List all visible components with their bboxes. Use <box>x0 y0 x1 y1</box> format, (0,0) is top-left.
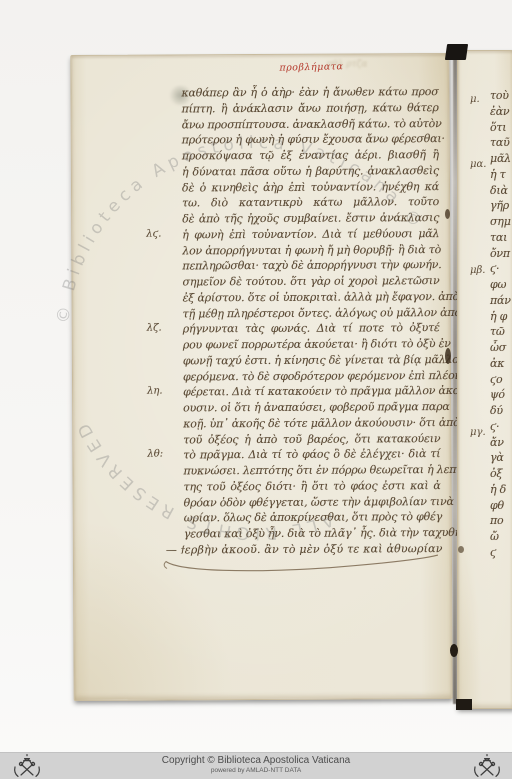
manuscript-text-line: ὀξ <box>490 466 512 482</box>
manuscript-text-line: ρου φωνεῖ πορρωτέρα ἀκούεται· ἢ διότι τὸ… <box>183 336 440 353</box>
manuscript-text-line: ἄν <box>490 435 512 451</box>
manuscript-text-line: γεσθαι καὶ ὀξὺ ἦν. διὰ τὸ πλᾶγ᾽ ἦς. διὰ … <box>184 525 441 542</box>
text-block: καθάπερ ἂν ἦ ὁ ἀὴρ· ἐὰν ἡ ἄνωθεν κάτω πρ… <box>181 84 440 558</box>
manuscript-text-line: φω <box>490 277 512 293</box>
manuscript-text-line: ἄνω προσπίπτουσα. ἀνακλασθῆ κάτω. τὸ αὐτ… <box>182 116 439 133</box>
margin-number: λζ. <box>147 323 162 334</box>
manuscript-text-line: γῆρ <box>490 198 512 214</box>
manuscript-text-line: πυκνώσει. λεπτότης ὅτι ἐν πόρρω θεωρεῖτα… <box>183 462 440 479</box>
margin-numbers: λϛ.λζ.λη.λθ: <box>71 54 448 56</box>
gutter-stain <box>445 209 450 219</box>
manuscript-text-line: ἐὰν <box>490 104 512 120</box>
manuscript-text-line: της τοῦ ὀξέος διότι· ἢ ὅτι τὸ φάος ἐστι … <box>184 478 441 495</box>
margin-number: μγ. <box>470 427 486 438</box>
manuscript-text-line: ἡ δύναται πᾶσα οὕτω ἡ βαρύτης. ἀνακλασθε… <box>182 163 439 180</box>
manuscript-text-line: ϛ· <box>490 261 512 277</box>
footer-text: Copyright © Biblioteca Apostolica Vatica… <box>0 754 512 775</box>
facing-text-fragments: τοὺἐὰνὅτιταῦμᾶλἡ τδιὰγῆρσημταιὄνπϛ·φωπάν… <box>490 88 512 561</box>
manuscript-text-line: γὰ <box>490 450 512 466</box>
manuscript-text-line: καθάπερ ἂν ἦ ὁ ἀὴρ· ἐὰν ἡ ἄνωθεν κάτω πρ… <box>181 84 438 101</box>
manuscript-page: προβλήματα πθλ ρτζα λϛ.λζ.λη.λθ: καθάπερ… <box>70 53 452 701</box>
margin-number: μ. <box>470 94 480 105</box>
manuscript-text-line: λον ἀπορρήγνυται ἡ φωνὴ ἤ μὴ θορυβῇ· ἢ δ… <box>182 242 439 259</box>
scan-viewport: προβλήματα πθλ ρτζα λϛ.λζ.λη.λθ: καθάπερ… <box>0 0 512 779</box>
gutter-stain <box>450 644 458 657</box>
margin-number: μβ. <box>470 265 485 276</box>
manuscript-text-line: προσκόψασα τῷ ἐξ ἐναντίας ἀέρι. βιασθῆ ἢ <box>182 147 439 164</box>
manuscript-text-line: φθ <box>490 498 512 514</box>
powered-by-text: powered by AMLAD-NTT DATA <box>0 767 512 775</box>
margin-number: μα. <box>470 159 486 170</box>
binding-clamp <box>445 44 468 60</box>
manuscript-text-line: ἡ δ <box>490 482 512 498</box>
manuscript-text-line: ἡ τ <box>490 167 512 183</box>
manuscript-text-line: δὲ ἀπὸ τῆς ἠχοῦς συμβαίνει. ἔστιν ἀνάκλα… <box>182 210 439 227</box>
manuscript-text-line: ϛ· <box>490 419 512 435</box>
copyright-text: Copyright © Biblioteca Apostolica Vatica… <box>0 754 512 767</box>
manuscript-text-line: φέρεται. Διὰ τί κατακούειν τὸ πρᾶγμα μᾶλ… <box>183 383 440 400</box>
manuscript-text-line: φερόμενα. τὸ δὲ σφοδρότερον φερόμενον ἐπ… <box>183 368 440 385</box>
manuscript-text-line: τῇ μέθῃ πληρέστεροι ὄντες. ἀλόγως οὐ μᾶλ… <box>183 305 440 322</box>
margin-number: λϛ. <box>146 229 161 240</box>
manuscript-text-line: σημ <box>490 214 512 230</box>
manuscript-text-line: ἡ φωνὴ ἐπὶ τοὐναντίον. Διὰ τί μεθύουσι μ… <box>182 226 439 243</box>
manuscript-text-line: διὰ <box>490 183 512 199</box>
manuscript-text-line: πεπληρῶσθαι· ταχὺ δὲ ἀπορρήγνυσι τὴν φων… <box>182 257 439 274</box>
ink-bleed-ghost: πθλ ρτζα <box>326 59 367 69</box>
margin-number: λη. <box>147 386 163 397</box>
vatican-crossed-keys-emblem-icon <box>472 754 502 779</box>
manuscript-text-line: ἡ φ <box>490 309 512 325</box>
manuscript-text-line: ὄνπ <box>490 246 512 262</box>
manuscript-text-line: ϛ <box>490 545 512 561</box>
manuscript-text-line: ται <box>490 230 512 246</box>
end-flourish <box>160 550 460 580</box>
manuscript-text-line: ἐξ ἀρίστου. ὅτε οἱ ὑποκριταὶ. ἀλλὰ μὴ ἔφ… <box>183 289 440 306</box>
manuscript-text-line: τω. διὸ καταντικρὺ κάτω μᾶλλον. τοῦτο <box>182 194 439 211</box>
manuscript-text-line: τοῦ ὀξέος ἡ ἀπὸ τοῦ βαρέος, ὅτι κατακούε… <box>183 431 440 448</box>
manuscript-text-line: δύ <box>490 403 512 419</box>
manuscript-text-line: μᾶλ <box>490 151 512 167</box>
manuscript-text-line: φωνῇ ταχύ ἐστι. ἡ κίνησις δὲ γίνεται τὰ … <box>183 352 440 369</box>
manuscript-text-line: ὅτι <box>490 120 512 136</box>
manuscript-text-line: θρόαν ὁδὸν φθέγγεται, ὥστε τὴν ἀμφιβολία… <box>184 494 441 511</box>
manuscript-text-line: δὲ ὁ κινηθεὶς ἀὴρ ἐπὶ τοὐναντίον. ἠνέχθη… <box>182 179 439 196</box>
manuscript-text-line: ϛο <box>490 372 512 388</box>
manuscript-text-line: πάν <box>490 293 512 309</box>
manuscript-text-line: κοῇ. ὑπ᾽ ἀκοῆς δὲ τότε μᾶλλον ἀκούουσιν·… <box>183 415 440 432</box>
margin-number: λθ: <box>147 449 163 460</box>
manuscript-text-line: ὤ <box>490 529 512 545</box>
manuscript-text-line: πρότερον ἡ φωνὴ ἡ φύσιν ἔχουσα ἄνω φέρεσ… <box>182 131 439 148</box>
manuscript-text-line: τοὺ <box>490 88 512 104</box>
manuscript-text-line: σημεῖον δὲ τούτου. ὅτι γὰρ οἱ χοροὶ μελε… <box>182 273 439 290</box>
gutter-stain <box>445 348 451 364</box>
manuscript-text-line: ρήγνυνται τὰς φωνάς. Διὰ τί ποτε τὸ ὀξυτ… <box>183 320 440 337</box>
manuscript-text-line: πο <box>490 513 512 529</box>
manuscript-text-line: ἀκ <box>490 356 512 372</box>
manuscript-text-line: ουσιν. οἱ ὅτι ἡ ἀναπαύσει, φοβεροῦ πρᾶγμ… <box>183 399 440 416</box>
manuscript-text-line: ταῦ <box>490 135 512 151</box>
facing-page-edge: μ.μα.μβ.μγ. τοὺἐὰνὅτιταῦμᾶλἡ τδιὰγῆρσημτ… <box>457 50 512 709</box>
manuscript-text-line: ὦσ <box>490 340 512 356</box>
manuscript-text-line: ωρίαν. ὅλως δὲ ἀποκρίνεσθαι, ὅτι πρὸς τὸ… <box>184 509 441 526</box>
gutter-stain <box>458 546 464 553</box>
footer-bar: Copyright © Biblioteca Apostolica Vatica… <box>0 752 512 779</box>
binding-foot <box>456 699 472 710</box>
manuscript-text-line: ψό <box>490 387 512 403</box>
manuscript-text-line: τὸ πρᾶγμα. Διὰ τί τὸ φάος ὃ δὲ ἐλέγχει· … <box>183 446 440 463</box>
manuscript-text-line: πίπτη. ἢ ἀνάκλασιν ἄνω ποιήσῃ, κάτω θάτε… <box>182 100 439 117</box>
manuscript-text-line: τῶ <box>490 324 512 340</box>
